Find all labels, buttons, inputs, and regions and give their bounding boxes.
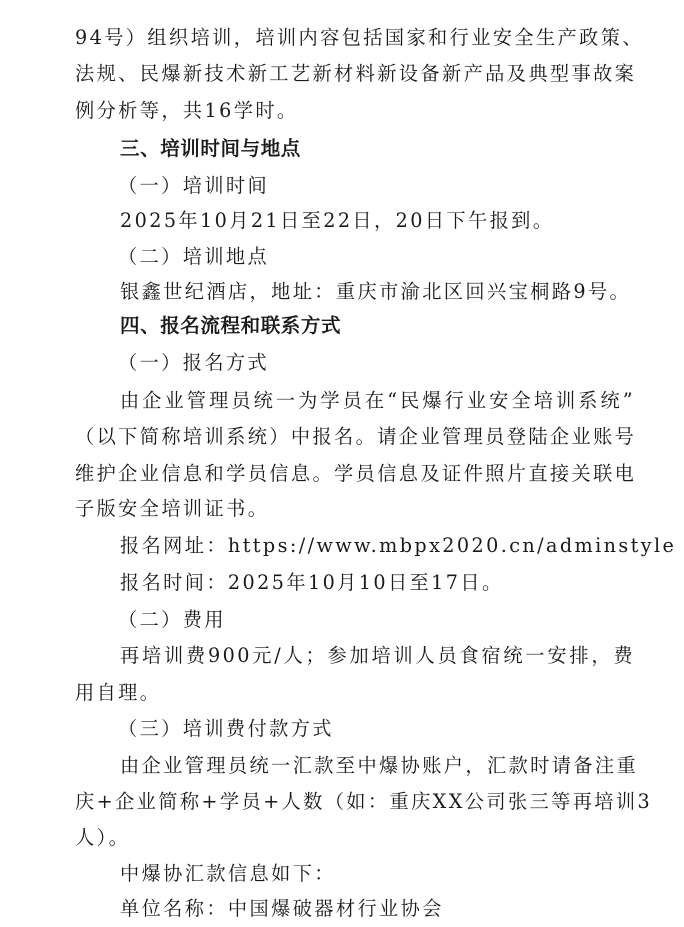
document-page: 94号）组织培训，培训内容包括国家和行业安全生产政策、 法规、民爆新技术新工艺新…	[0, 0, 684, 927]
paragraph-line-training-content-3: 例分析等，共16学时。	[75, 96, 635, 126]
paragraph-line-registration-1: 由企业管理员统一为学员在“民爆行业安全培训系统”	[120, 386, 635, 416]
training-time-value: 2025年10月21日至22日，20日下午报到。	[120, 206, 635, 236]
paragraph-line-payment-3: 人）。	[75, 823, 635, 853]
paragraph-line-training-content-1: 94号）组织培训，培训内容包括国家和行业安全生产政策、	[75, 23, 635, 53]
subheading-fee: （二）费用	[118, 605, 678, 635]
paragraph-line-fee-2: 用自理。	[75, 678, 635, 708]
paragraph-line-payment-1: 由企业管理员统一汇款至中爆协账户，汇款时请备注重	[120, 751, 635, 781]
subheading-registration-method: （一）报名方式	[118, 348, 678, 378]
paragraph-line-registration-2: （以下简称培训系统）中报名。请企业管理员登陆企业账号	[75, 422, 635, 452]
registration-url-line[interactable]: 报名网址：https://www.mbpx2020.cn/adminstyle	[120, 531, 635, 561]
paragraph-line-registration-3: 维护企业信息和学员信息。学员信息及证件照片直接关联电	[75, 459, 635, 489]
registration-period-line: 报名时间：2025年10月10日至17日。	[120, 568, 635, 598]
payee-name-line: 单位名称：中国爆破器材行业协会	[120, 894, 635, 924]
section-heading-registration: 四、报名流程和联系方式	[120, 311, 680, 341]
subheading-training-time: （一）培训时间	[118, 171, 678, 201]
remittance-info-intro: 中爆协汇款信息如下：	[120, 859, 635, 889]
subheading-training-place: （二）培训地点	[118, 242, 678, 272]
subheading-payment-method: （三）培训费付款方式	[118, 714, 678, 744]
section-heading-training-time-place: 三、培训时间与地点	[120, 134, 680, 164]
paragraph-line-registration-4: 子版安全培训证书。	[75, 494, 635, 524]
paragraph-line-training-content-2: 法规、民爆新技术新工艺新材料新设备新产品及典型事故案	[75, 59, 635, 89]
paragraph-line-payment-2: 庆+企业简称+学员+人数（如：重庆XX公司张三等再培训3	[75, 787, 635, 817]
training-place-value: 银鑫世纪酒店，地址：重庆市渝北区回兴宝桐路9号。	[120, 277, 635, 307]
paragraph-line-fee-1: 再培训费900元/人；参加培训人员食宿统一安排，费	[120, 641, 635, 671]
